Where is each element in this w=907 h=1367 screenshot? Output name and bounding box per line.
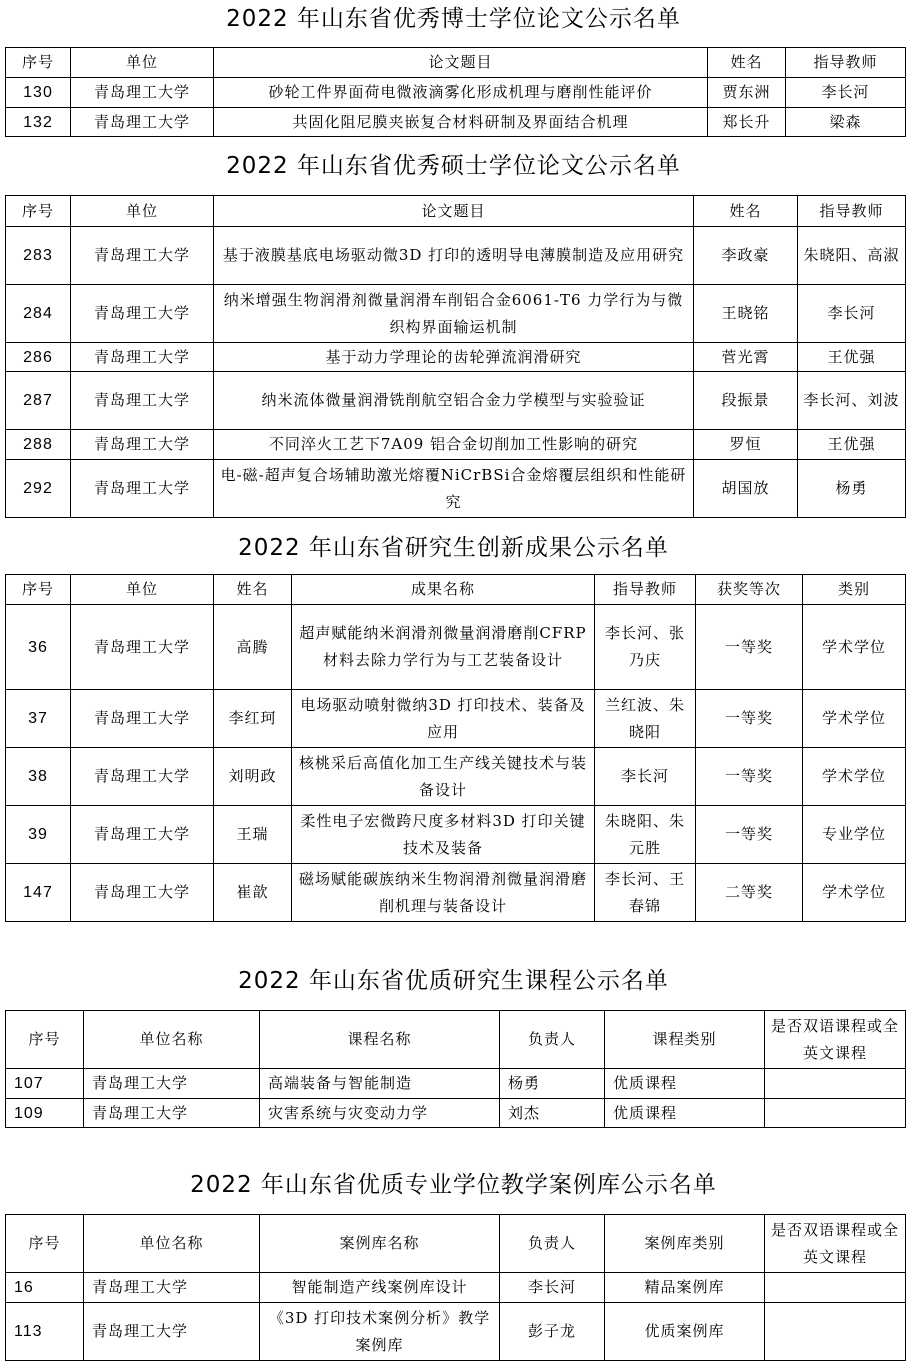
- cell-advisor: 杨勇: [798, 460, 906, 518]
- cell-category: 学术学位: [803, 864, 906, 922]
- cell-seq: 109: [6, 1099, 84, 1128]
- cell-seq: 107: [6, 1069, 84, 1099]
- header-cell: 课程类别: [605, 1011, 765, 1069]
- header-cell: 是否双语课程或全英文课程: [765, 1011, 906, 1069]
- cell-name: 崔歆: [214, 864, 292, 922]
- doctoral-title: 2022 年山东省优秀博士学位论文公示名单: [0, 4, 907, 34]
- table-header-row: 序号 单位 论文题目 姓名 指导教师: [6, 196, 906, 227]
- doctoral-table: 序号 单位 论文题目 姓名 指导教师 130 青岛理工大学 砂轮工件界面荷电微液…: [5, 47, 906, 137]
- cell-case-library: 《3D 打印技术案例分析》教学案例库: [260, 1303, 500, 1361]
- cell-award: 一等奖: [696, 806, 803, 864]
- cell-unit: 青岛理工大学: [84, 1273, 260, 1303]
- cell-advisor: 王优强: [798, 343, 906, 372]
- cell-thesis: 电-磁-超声复合场辅助激光熔覆NiCrBSi合金熔覆层组织和性能研究: [214, 460, 694, 518]
- cell-seq: 16: [6, 1273, 84, 1303]
- cases-title: 2022 年山东省优质专业学位教学案例库公示名单: [0, 1170, 907, 1200]
- cell-bilingual: [765, 1099, 906, 1128]
- header-cell: 论文题目: [214, 196, 694, 227]
- table-row: 16 青岛理工大学 智能制造产线案例库设计 李长河 精品案例库: [6, 1273, 906, 1303]
- cell-course-type: 优质课程: [605, 1069, 765, 1099]
- cell-bilingual: [765, 1303, 906, 1361]
- cell-category: 学术学位: [803, 605, 906, 690]
- cell-award: 一等奖: [696, 748, 803, 806]
- header-cell: 指导教师: [798, 196, 906, 227]
- cell-unit: 青岛理工大学: [71, 343, 214, 372]
- cell-name: 刘明政: [214, 748, 292, 806]
- cell-unit: 青岛理工大学: [71, 806, 214, 864]
- cell-owner: 杨勇: [500, 1069, 605, 1099]
- cell-thesis: 纳米流体微量润滑铣削航空铝合金力学模型与实验验证: [214, 372, 694, 430]
- cell-seq: 286: [6, 343, 71, 372]
- cell-unit: 青岛理工大学: [84, 1069, 260, 1099]
- cell-seq: 283: [6, 227, 71, 285]
- cell-name: 贾东洲: [708, 78, 786, 108]
- cell-bilingual: [765, 1069, 906, 1099]
- cell-case-library: 智能制造产线案例库设计: [260, 1273, 500, 1303]
- table-row: 39 青岛理工大学 王瑞 柔性电子宏微跨尺度多材料3D 打印关键技术及装备 朱晓…: [6, 806, 906, 864]
- cell-name: 王晓铭: [694, 285, 798, 343]
- cell-unit: 青岛理工大学: [71, 108, 214, 137]
- cell-unit: 青岛理工大学: [71, 748, 214, 806]
- cell-owner: 彭子龙: [500, 1303, 605, 1361]
- cell-achievement: 电场驱动喷射微纳3D 打印技术、装备及应用: [292, 690, 595, 748]
- cell-name: 高腾: [214, 605, 292, 690]
- cell-unit: 青岛理工大学: [71, 605, 214, 690]
- header-cell: 类别: [803, 575, 906, 605]
- cell-advisor: 李长河: [798, 285, 906, 343]
- table-row: 147 青岛理工大学 崔歆 磁场赋能碳族纳米生物润滑剂微量润滑磨削机理与装备设计…: [6, 864, 906, 922]
- cell-achievement: 超声赋能纳米润滑剂微量润滑磨削CFRP 材料去除力学行为与工艺装备设计: [292, 605, 595, 690]
- cell-advisor: 李长河、刘波: [798, 372, 906, 430]
- cell-thesis: 基于液膜基底电场驱动微3D 打印的透明导电薄膜制造及应用研究: [214, 227, 694, 285]
- cell-name: 罗恒: [694, 430, 798, 460]
- cell-advisor: 朱晓阳、朱元胜: [595, 806, 696, 864]
- cell-unit: 青岛理工大学: [84, 1303, 260, 1361]
- cell-name: 菅光霄: [694, 343, 798, 372]
- table-header-row: 序号 单位 论文题目 姓名 指导教师: [6, 48, 906, 78]
- cell-seq: 37: [6, 690, 71, 748]
- header-cell: 序号: [6, 48, 71, 78]
- table-header-row: 序号 单位名称 课程名称 负责人 课程类别 是否双语课程或全英文课程: [6, 1011, 906, 1069]
- cell-seq: 38: [6, 748, 71, 806]
- header-cell: 单位: [71, 575, 214, 605]
- cases-table: 序号 单位名称 案例库名称 负责人 案例库类别 是否双语课程或全英文课程 16 …: [5, 1214, 906, 1361]
- cell-thesis: 砂轮工件界面荷电微液滴雾化形成机理与磨削性能评价: [214, 78, 708, 108]
- table-row: 286 青岛理工大学 基于动力学理论的齿轮弹流润滑研究 菅光霄 王优强: [6, 343, 906, 372]
- cell-course: 高端装备与智能制造: [260, 1069, 500, 1099]
- cell-unit: 青岛理工大学: [71, 690, 214, 748]
- cell-achievement: 磁场赋能碳族纳米生物润滑剂微量润滑磨削机理与装备设计: [292, 864, 595, 922]
- table-row: 37 青岛理工大学 李红珂 电场驱动喷射微纳3D 打印技术、装备及应用 兰红波、…: [6, 690, 906, 748]
- cell-award: 二等奖: [696, 864, 803, 922]
- header-cell: 负责人: [500, 1011, 605, 1069]
- cell-achievement: 核桃采后高值化加工生产线关键技术与装备设计: [292, 748, 595, 806]
- cell-course: 灾害系统与灾变动力学: [260, 1099, 500, 1128]
- cell-advisor: 李长河、张乃庆: [595, 605, 696, 690]
- courses-table: 序号 单位名称 课程名称 负责人 课程类别 是否双语课程或全英文课程 107 青…: [5, 1010, 906, 1128]
- cell-bilingual: [765, 1273, 906, 1303]
- cell-seq: 284: [6, 285, 71, 343]
- header-cell: 序号: [6, 575, 71, 605]
- header-cell: 单位名称: [84, 1011, 260, 1069]
- table-header-row: 序号 单位名称 案例库名称 负责人 案例库类别 是否双语课程或全英文课程: [6, 1215, 906, 1273]
- table-row: 36 青岛理工大学 高腾 超声赋能纳米润滑剂微量润滑磨削CFRP 材料去除力学行…: [6, 605, 906, 690]
- header-cell: 是否双语课程或全英文课程: [765, 1215, 906, 1273]
- innovation-table: 序号 单位 姓名 成果名称 指导教师 获奖等次 类别 36 青岛理工大学 高腾 …: [5, 574, 906, 922]
- cell-name: 李红珂: [214, 690, 292, 748]
- cell-seq: 288: [6, 430, 71, 460]
- cell-award: 一等奖: [696, 605, 803, 690]
- cell-seq: 287: [6, 372, 71, 430]
- table-row: 287 青岛理工大学 纳米流体微量润滑铣削航空铝合金力学模型与实验验证 段振景 …: [6, 372, 906, 430]
- cell-name: 郑长升: [708, 108, 786, 137]
- cell-advisor: 朱晓阳、高淑: [798, 227, 906, 285]
- header-cell: 论文题目: [214, 48, 708, 78]
- header-cell: 获奖等次: [696, 575, 803, 605]
- table-row: 107 青岛理工大学 高端装备与智能制造 杨勇 优质课程: [6, 1069, 906, 1099]
- cell-owner: 刘杰: [500, 1099, 605, 1128]
- cell-seq: 292: [6, 460, 71, 518]
- table-row: 132 青岛理工大学 共固化阻尼膜夹嵌复合材料研制及界面结合机理 郑长升 梁森: [6, 108, 906, 137]
- cell-achievement: 柔性电子宏微跨尺度多材料3D 打印关键技术及装备: [292, 806, 595, 864]
- cell-thesis: 纳米增强生物润滑剂微量润滑车削铝合金6061-T6 力学行为与微织构界面输运机制: [214, 285, 694, 343]
- cell-category: 学术学位: [803, 690, 906, 748]
- cell-name: 段振景: [694, 372, 798, 430]
- cell-thesis: 不同淬火工艺下7A09 铝合金切削加工性影响的研究: [214, 430, 694, 460]
- table-row: 283 青岛理工大学 基于液膜基底电场驱动微3D 打印的透明导电薄膜制造及应用研…: [6, 227, 906, 285]
- table-row: 288 青岛理工大学 不同淬火工艺下7A09 铝合金切削加工性影响的研究 罗恒 …: [6, 430, 906, 460]
- cell-name: 李政豪: [694, 227, 798, 285]
- header-cell: 序号: [6, 1011, 84, 1069]
- cell-name: 胡国放: [694, 460, 798, 518]
- table-row: 109 青岛理工大学 灾害系统与灾变动力学 刘杰 优质课程: [6, 1099, 906, 1128]
- cell-unit: 青岛理工大学: [71, 864, 214, 922]
- cell-unit: 青岛理工大学: [71, 78, 214, 108]
- header-cell: 课程名称: [260, 1011, 500, 1069]
- cell-seq: 147: [6, 864, 71, 922]
- cell-category: 专业学位: [803, 806, 906, 864]
- cell-case-type: 优质案例库: [605, 1303, 765, 1361]
- header-cell: 成果名称: [292, 575, 595, 605]
- header-cell: 姓名: [214, 575, 292, 605]
- cell-advisor: 李长河: [786, 78, 906, 108]
- table-row: 130 青岛理工大学 砂轮工件界面荷电微液滴雾化形成机理与磨削性能评价 贾东洲 …: [6, 78, 906, 108]
- master-title: 2022 年山东省优秀硕士学位论文公示名单: [0, 151, 907, 181]
- cell-advisor: 李长河、王春锦: [595, 864, 696, 922]
- table-row: 38 青岛理工大学 刘明政 核桃采后高值化加工生产线关键技术与装备设计 李长河 …: [6, 748, 906, 806]
- cell-unit: 青岛理工大学: [71, 285, 214, 343]
- cell-unit: 青岛理工大学: [71, 460, 214, 518]
- header-cell: 单位名称: [84, 1215, 260, 1273]
- table-row: 113 青岛理工大学 《3D 打印技术案例分析》教学案例库 彭子龙 优质案例库: [6, 1303, 906, 1361]
- cell-owner: 李长河: [500, 1273, 605, 1303]
- cell-seq: 36: [6, 605, 71, 690]
- cell-seq: 39: [6, 806, 71, 864]
- header-cell: 指导教师: [595, 575, 696, 605]
- table-row: 292 青岛理工大学 电-磁-超声复合场辅助激光熔覆NiCrBSi合金熔覆层组织…: [6, 460, 906, 518]
- header-cell: 单位: [71, 48, 214, 78]
- header-cell: 指导教师: [786, 48, 906, 78]
- cell-seq: 130: [6, 78, 71, 108]
- cell-advisor: 兰红波、朱晓阳: [595, 690, 696, 748]
- header-cell: 序号: [6, 196, 71, 227]
- table-header-row: 序号 单位 姓名 成果名称 指导教师 获奖等次 类别: [6, 575, 906, 605]
- cell-unit: 青岛理工大学: [84, 1099, 260, 1128]
- header-cell: 负责人: [500, 1215, 605, 1273]
- cell-award: 一等奖: [696, 690, 803, 748]
- cell-unit: 青岛理工大学: [71, 430, 214, 460]
- cell-course-type: 优质课程: [605, 1099, 765, 1128]
- cell-advisor: 梁森: [786, 108, 906, 137]
- cell-seq: 113: [6, 1303, 84, 1361]
- cell-case-type: 精品案例库: [605, 1273, 765, 1303]
- header-cell: 序号: [6, 1215, 84, 1273]
- cell-name: 王瑞: [214, 806, 292, 864]
- courses-title: 2022 年山东省优质研究生课程公示名单: [0, 966, 907, 996]
- header-cell: 案例库类别: [605, 1215, 765, 1273]
- header-cell: 案例库名称: [260, 1215, 500, 1273]
- cell-seq: 132: [6, 108, 71, 137]
- cell-thesis: 基于动力学理论的齿轮弹流润滑研究: [214, 343, 694, 372]
- header-cell: 单位: [71, 196, 214, 227]
- cell-thesis: 共固化阻尼膜夹嵌复合材料研制及界面结合机理: [214, 108, 708, 137]
- cell-unit: 青岛理工大学: [71, 227, 214, 285]
- cell-unit: 青岛理工大学: [71, 372, 214, 430]
- cell-category: 学术学位: [803, 748, 906, 806]
- master-table: 序号 单位 论文题目 姓名 指导教师 283 青岛理工大学 基于液膜基底电场驱动…: [5, 195, 906, 518]
- cell-advisor: 王优强: [798, 430, 906, 460]
- innovation-title: 2022 年山东省研究生创新成果公示名单: [0, 533, 907, 563]
- header-cell: 姓名: [694, 196, 798, 227]
- header-cell: 姓名: [708, 48, 786, 78]
- table-row: 284 青岛理工大学 纳米增强生物润滑剂微量润滑车削铝合金6061-T6 力学行…: [6, 285, 906, 343]
- cell-advisor: 李长河: [595, 748, 696, 806]
